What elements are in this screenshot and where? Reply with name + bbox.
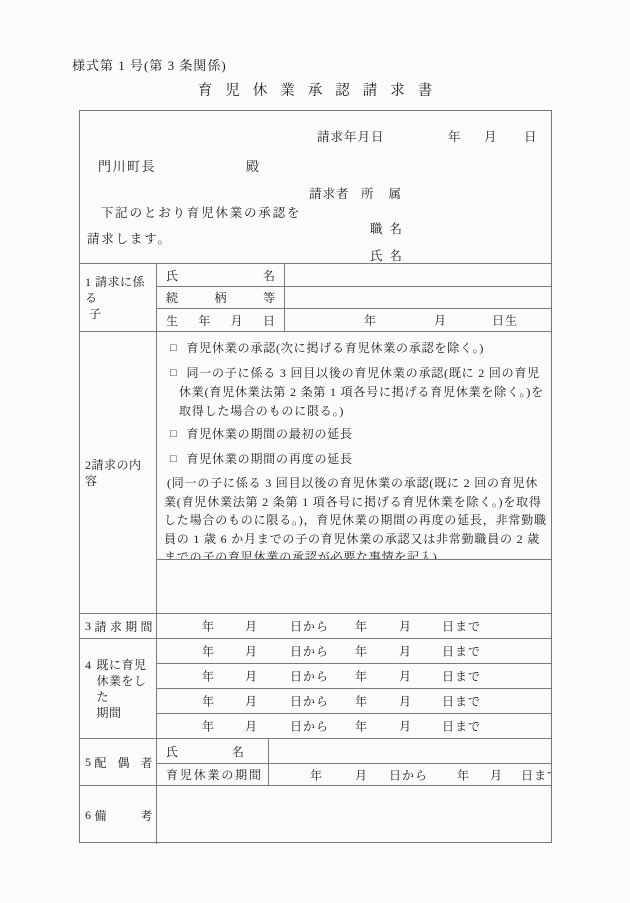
section-3-number: 3 (85, 619, 92, 634)
section-1-label-cell: 1 請求に係る 子 (80, 263, 156, 331)
section-2-label-cell: 2請求の内容 (80, 331, 156, 613)
section-3-label-cell: 3 請求期間 (80, 613, 156, 638)
spouse-leave-period-label-cell: 育児休業の期間 (156, 763, 268, 785)
section-4-label-cell: 4 既に育児 休業をした 期間 (80, 638, 156, 738)
section-4-label-line2: 休業をした (97, 673, 154, 705)
spouse-name-label: 氏名 (166, 743, 244, 760)
addressee-name: 門川町長 (98, 156, 156, 175)
day-to-label: 日まで (521, 766, 551, 783)
checkbox-item-label: 育児休業の期間の再度の延長 (186, 452, 352, 466)
child-birthdate-value-cell: 年 月 日生 (284, 308, 551, 331)
year-label: 年 (202, 693, 215, 710)
checkbox-item-third-time[interactable]: □同一の子に係る 3 回目以後の育児休業の承認(既に 2 回の育児休業(育児休業… (157, 364, 547, 421)
day-from-label: 日から (290, 718, 329, 735)
section-2-label: 2請求の内容 (85, 457, 153, 489)
form-table: 請求年月日 年 月 日 門川町長 殿 請求者 所属 職名 氏名 下記のとおり育児… (79, 110, 552, 843)
previous-leave-period-row-3: 年 月 日から 年 月 日まで (156, 688, 551, 713)
requester-label: 請求者 (309, 184, 350, 202)
request-date-label: 請求年月日 (317, 127, 385, 145)
year-label: 年 (202, 668, 215, 685)
month-label: 月 (245, 693, 258, 710)
year-label: 年 (202, 618, 215, 635)
month-label: 月 (245, 643, 258, 660)
spouse-leave-period-row: 年 月 日から 年 月 日まで (268, 763, 551, 785)
position-label: 職名 (370, 219, 403, 237)
checkbox-icon[interactable]: □ (170, 425, 177, 444)
year-label: 年 (202, 718, 215, 735)
statement-line-1: 下記のとおり育児休業の承認を (101, 203, 301, 221)
month-label: 月 (399, 718, 412, 735)
request-content-cell: □育児休業の承認(次に掲げる育児休業の承認を除く。) □同一の子に係る 3 回目… (156, 331, 551, 559)
section-5-label: 配偶者 (95, 754, 154, 771)
month-label: 月 (245, 618, 258, 635)
section-4-label-line1: 既に育児 (97, 657, 154, 673)
child-birthdate-label: 生年月日 (166, 312, 275, 329)
checkbox-item-second-extension[interactable]: □育児休業の期間の再度の延長 (157, 450, 547, 470)
section-5-number: 5 (85, 755, 92, 770)
spouse-name-label-cell: 氏名 (156, 738, 268, 763)
year-label: 年 (355, 668, 368, 685)
child-birthdate-label-cell: 生年月日 (156, 308, 284, 331)
day-to-label: 日まで (442, 718, 481, 735)
checkbox-item-label: 育児休業の承認(次に掲げる育児休業の承認を除く。) (186, 341, 484, 355)
requester-name-label: 氏名 (370, 246, 403, 263)
day-to-label: 日まで (442, 643, 481, 660)
child-name-value-cell (284, 263, 551, 286)
section-1-label-line1: 1 請求に係る (85, 274, 153, 306)
day-from-label: 日から (290, 618, 329, 635)
statement-line-2: 請求します。 (87, 229, 172, 247)
year-label: 年 (457, 766, 470, 783)
birth-day-label: 日生 (492, 312, 518, 329)
section-1-label-line2: 子 (85, 306, 153, 322)
month-label: 月 (355, 766, 368, 783)
month-label: 月 (245, 668, 258, 685)
checkbox-item-first-extension[interactable]: □育児休業の期間の最初の延長 (157, 425, 547, 445)
checkbox-item-label: 同一の子に係る 3 回目以後の育児休業の承認(既に 2 回の育児休業(育児休業法… (179, 366, 544, 418)
honorific-label: 殿 (246, 156, 260, 175)
form-title: 育児休業承認請求書 (0, 79, 630, 100)
child-relation-value-cell (284, 286, 551, 308)
checkbox-icon[interactable]: □ (170, 339, 177, 358)
section-5-label-cell: 5 配偶者 (80, 738, 156, 785)
affiliation-label: 所属 (361, 184, 402, 202)
month-label: 月 (245, 718, 258, 735)
day-from-label: 日から (290, 643, 329, 660)
year-label: 年 (355, 618, 368, 635)
child-name-label-cell: 氏名 (156, 263, 284, 286)
year-label: 年 (355, 693, 368, 710)
section-4-label-line3: 期間 (97, 705, 154, 721)
day-to-label: 日まで (442, 668, 481, 685)
previous-leave-period-row-1: 年 月 日から 年 月 日まで (156, 638, 551, 663)
form-code-text: 様式第 1 号(第 3 条関係) (72, 55, 227, 74)
request-date-day-label: 日 (524, 127, 538, 145)
spouse-name-value-cell (268, 738, 551, 763)
form-header-cell: 請求年月日 年 月 日 門川町長 殿 請求者 所属 職名 氏名 下記のとおり育児… (80, 111, 551, 263)
checkbox-item-approval[interactable]: □育児休業の承認(次に掲げる育児休業の承認を除く。) (157, 339, 547, 359)
child-relation-label-cell: 続柄等 (156, 286, 284, 308)
spouse-leave-period-label: 育児休業の期間 (166, 766, 261, 783)
year-label: 年 (355, 643, 368, 660)
month-label: 月 (490, 766, 503, 783)
request-content-note: (同一の子に係る 3 回目以後の育児休業の承認(既に 2 回の育児休業(育児休業… (157, 474, 547, 559)
section-6-number: 6 (85, 808, 92, 823)
day-from-label: 日から (290, 693, 329, 710)
request-date-year-label: 年 (448, 127, 462, 145)
day-to-label: 日まで (442, 693, 481, 710)
request-date-month-label: 月 (484, 127, 498, 145)
child-name-label: 氏名 (166, 267, 275, 284)
child-relation-label: 続柄等 (166, 289, 275, 306)
month-label: 月 (399, 668, 412, 685)
previous-leave-period-row-2: 年 月 日から 年 月 日まで (156, 663, 551, 688)
year-label: 年 (355, 718, 368, 735)
checkbox-icon[interactable]: □ (170, 450, 177, 469)
day-from-label: 日から (389, 766, 428, 783)
day-to-label: 日まで (442, 618, 481, 635)
day-from-label: 日から (290, 668, 329, 685)
month-label: 月 (399, 643, 412, 660)
section-6-label: 備考 (95, 807, 154, 824)
previous-leave-period-row-4: 年 月 日から 年 月 日まで (156, 713, 551, 738)
request-content-blank-cell (156, 559, 551, 613)
page: { "page": { "form_code": "様式第 1 号(第 3 条関… (0, 0, 630, 903)
request-period-row: 年 月 日から 年 月 日まで (156, 613, 551, 638)
section-4-number: 4 (85, 657, 92, 721)
checkbox-icon[interactable]: □ (170, 364, 177, 383)
year-label: 年 (202, 643, 215, 660)
birth-month-label: 月 (434, 312, 447, 329)
year-label: 年 (310, 766, 323, 783)
birth-year-label: 年 (364, 312, 377, 329)
section-6-label-cell: 6 備考 (80, 785, 156, 844)
checkbox-item-label: 育児休業の期間の最初の延長 (186, 427, 352, 441)
month-label: 月 (399, 693, 412, 710)
month-label: 月 (399, 618, 412, 635)
remarks-value-cell (156, 785, 551, 844)
section-3-label: 請求期間 (95, 618, 154, 635)
